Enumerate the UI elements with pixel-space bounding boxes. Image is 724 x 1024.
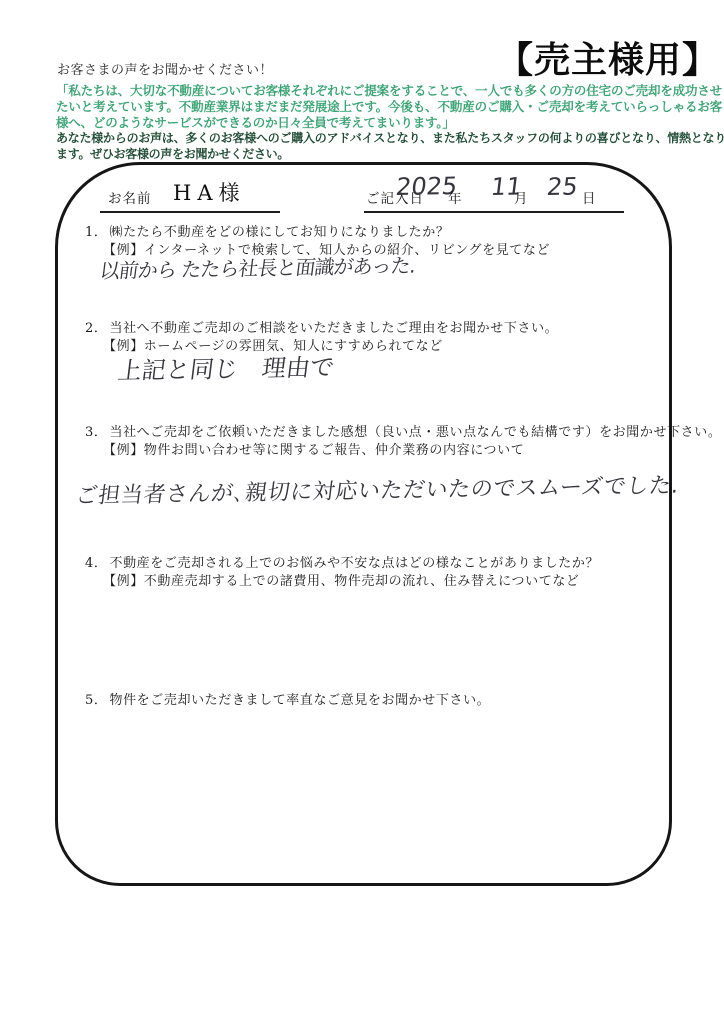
name-value: HA様	[173, 177, 245, 207]
date-month-unit: 月	[514, 187, 528, 207]
question-3-example: 【例】物件お問い合わせ等に関するご報告、仲介業務の内容について	[103, 439, 524, 458]
date-underline	[364, 211, 624, 213]
question-4-number: 4．	[85, 556, 107, 571]
company-message-quote: 「私たちは、大切な不動産についてお客様それぞれにご提案をすることで、一人でも多く…	[56, 83, 722, 130]
date-year-unit: 年	[448, 187, 462, 207]
question-2-number: 2．	[85, 321, 107, 336]
question-1-text: 1．㈱たたら不動産をどの様にしてお知りになりましたか？	[85, 221, 450, 240]
question-5-text: 5．物件をご売却いただきまして率直なご意見をお聞かせ下さい。	[85, 689, 490, 708]
question-3-number: 3．	[85, 425, 107, 440]
name-underline	[100, 211, 280, 213]
date-day-unit: 日	[582, 187, 596, 207]
question-4-text: 4．不動産をご売却される上でのお悩みや不安な点はどの様なことがありましたか？	[85, 552, 599, 571]
scanned-feedback-form-page: 【売主様用】 お客さまの声をお聞かせください！ 「私たちは、大切な不動産について…	[0, 0, 724, 1024]
question-2-answer-handwriting: 上記と同じ 理由で	[116, 347, 337, 386]
question-3-text: 3．当社へご売却をご依頼いただきました感想（良い点・悪い点なんでも結構です）をお…	[85, 421, 722, 440]
feedback-request-note: あなた様からのお声は、多くのお客様へのご購入のアドバイスとなり、また私たちスタッ…	[56, 131, 724, 162]
questionnaire-card: お名前 HA様 ご記入日 2025 年 11 月 25 日 1．㈱たたら不動産を…	[55, 162, 672, 886]
intro-title: お客さまの声をお聞かせください！	[57, 59, 273, 78]
question-4-example: 【例】不動産売却する上での諸費用、物件売却の流れ、住み替えについてなど	[103, 570, 580, 589]
question-5-number: 5．	[85, 693, 107, 708]
question-1-answer-handwriting: 以前から たたら社長と面識があった.	[98, 250, 417, 284]
seller-form-tag: 【売主様用】	[497, 32, 719, 83]
question-3-answer-handwriting: ご担当者さんが､親切に対応いただいたのでスムーズでした.	[74, 468, 681, 509]
question-2-text: 2．当社へ不動産ご売却のご相談をいただきましたご理由をお聞かせ下さい。	[85, 317, 558, 336]
date-day-handwritten: 25	[545, 172, 579, 201]
question-1-number: 1．	[85, 225, 107, 240]
name-label: お名前	[108, 187, 152, 207]
